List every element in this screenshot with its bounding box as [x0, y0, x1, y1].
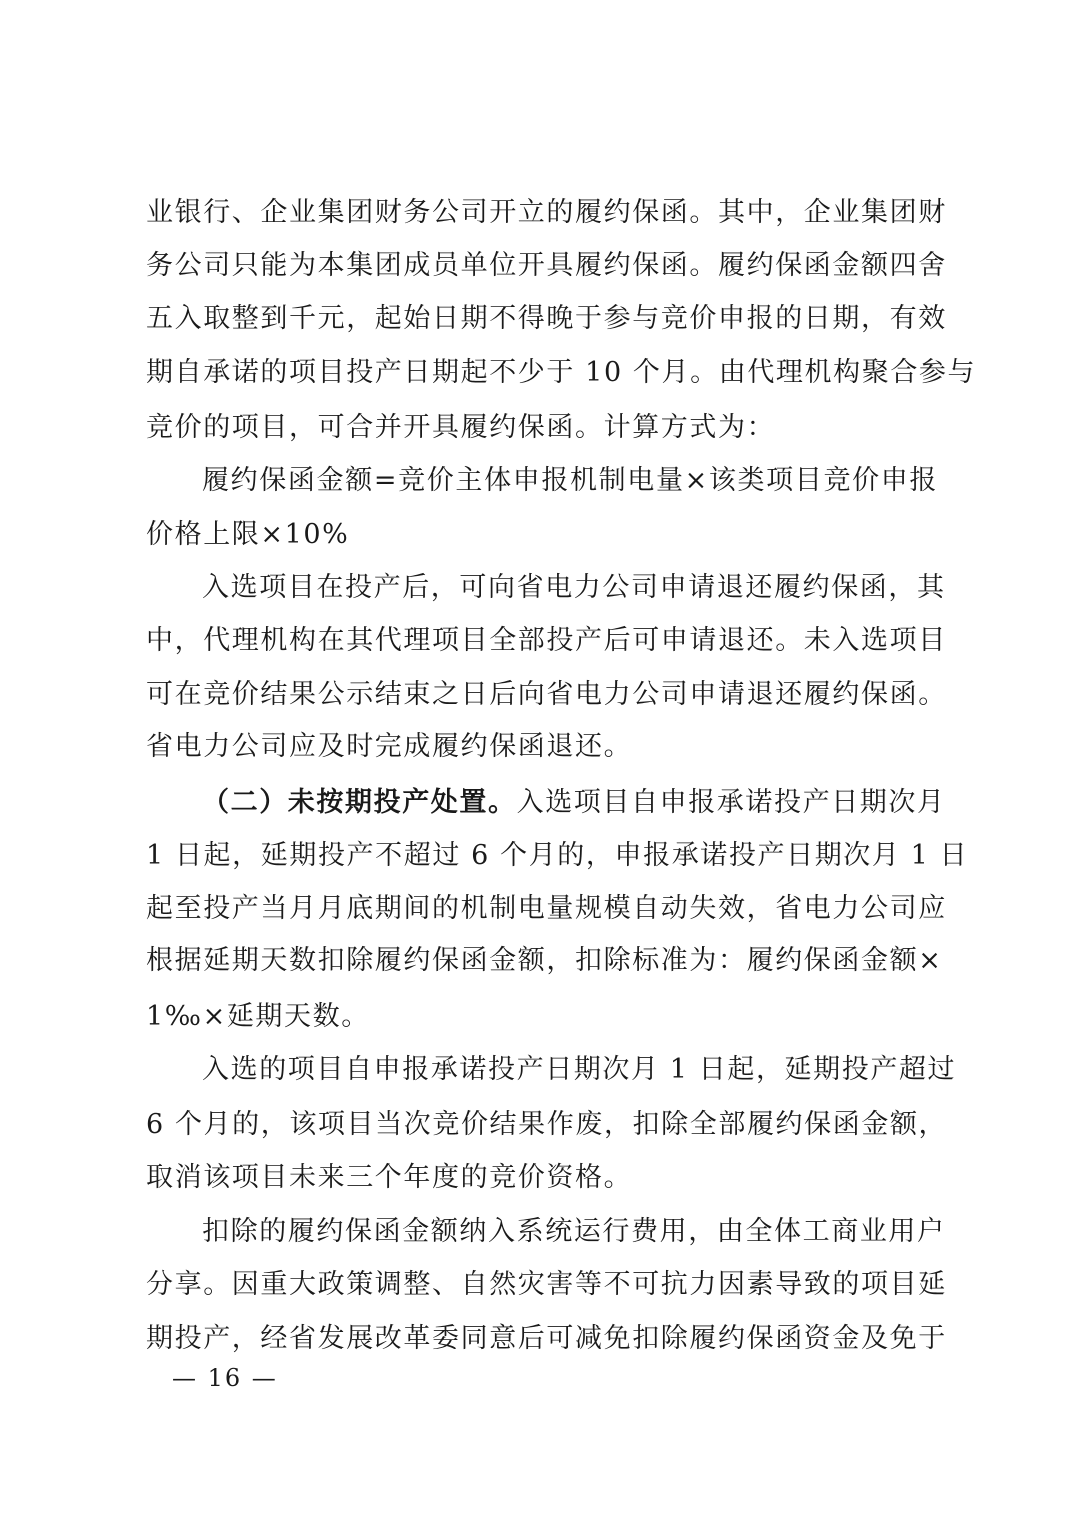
section-heading-line: （二）未按期投产处置。入选项目自申报承诺投产日期次月 [202, 785, 938, 821]
text-line: 入选项目在投产后，可向省电力公司申请退还履约保函，其 [202, 570, 938, 606]
text-line: 期投产，经省发展改革委同意后可减免扣除履约保函资金及免于 [146, 1321, 938, 1357]
text-line: 根据延期天数扣除履约保函金额，扣除标准为：履约保函金额× [146, 943, 938, 979]
page-number: — 16 — [172, 1362, 278, 1394]
formula-line: 履约保函金额=竞价主体申报机制电量×该类项目竞价申报 [202, 463, 938, 499]
text-line: 竞价的项目，可合并开具履约保函。计算方式为： [146, 410, 938, 446]
text-line: 取消该项目未来三个年度的竞价资格。 [146, 1160, 938, 1196]
text-line: 6 个月的，该项目当次竞价结果作废，扣除全部履约保函金额， [146, 1107, 938, 1143]
text-line: 五入取整到千元，起始日期不得晚于参与竞价申报的日期，有效 [146, 301, 938, 337]
text-line: 1‰×延期天数。 [146, 999, 938, 1035]
text-line: 期自承诺的项目投产日期起不少于 10 个月。由代理机构聚合参与 [146, 355, 938, 391]
text-line: 务公司只能为本集团成员单位开具履约保函。履约保函金额四舍 [146, 248, 938, 284]
text-line: 业银行、企业集团财务公司开立的履约保函。其中，企业集团财 [146, 195, 938, 231]
text-line: 扣除的履约保函金额纳入系统运行费用，由全体工商业用户 [202, 1214, 938, 1250]
text-line: 可在竞价结果公示结束之日后向省电力公司申请退还履约保函。 [146, 677, 938, 713]
text-line: 分享。因重大政策调整、自然灾害等不可抗力因素导致的项目延 [146, 1267, 938, 1303]
text-line: 入选的项目自申报承诺投产日期次月 1 日起，延期投产超过 [202, 1052, 938, 1088]
text-run: 入选项目自申报承诺投产日期次月 [517, 787, 946, 818]
text-line: 起至投产当月月底期间的机制电量规模自动失效，省电力公司应 [146, 891, 938, 927]
formula-line: 价格上限×10% [146, 517, 938, 553]
text-line: 中，代理机构在其代理项目全部投产后可申请退还。未入选项目 [146, 623, 938, 659]
text-line: 省电力公司应及时完成履约保函退还。 [146, 729, 938, 765]
section-heading: （二）未按期投产处置。 [202, 787, 517, 818]
text-line: 1 日起，延期投产不超过 6 个月的，申报承诺投产日期次月 1 日 [146, 838, 938, 874]
document-page: 业银行、企业集团财务公司开立的履约保函。其中，企业集团财 务公司只能为本集团成员… [0, 0, 1080, 1527]
